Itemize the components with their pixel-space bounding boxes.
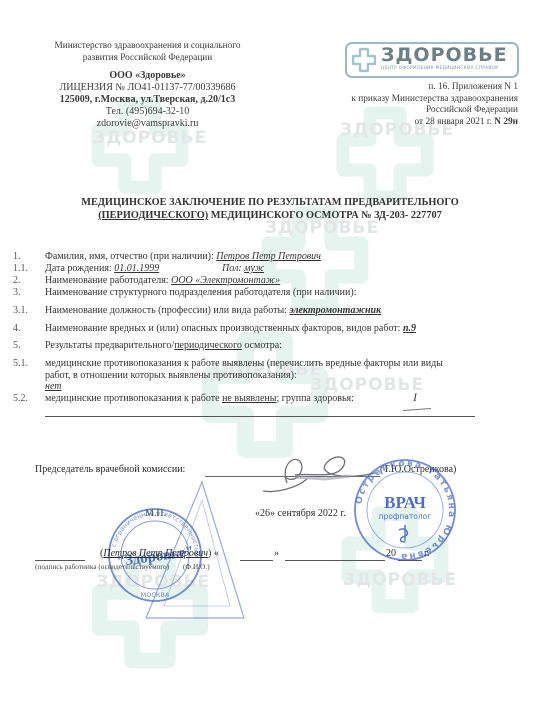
results-label-suffix: осмотра: (242, 340, 282, 351)
worker-signature-line (35, 560, 85, 561)
title-rest: МЕДИЦИНСКОГО ОСМОТРА № ЗД-203- 227707 (208, 210, 442, 221)
title-line2: (ПЕРИОДИЧЕСКОГО) МЕДИЦИНСКОГО ОСМОТРА № … (40, 209, 500, 222)
chairman-signature-line (205, 476, 380, 477)
item-label: Фамилия, имя, отчество (при наличии): Пе… (45, 251, 321, 263)
regulation-line1: п. 16. Приложения N 1 (288, 82, 518, 94)
item-label: Наименование должность (профессии) или в… (45, 305, 381, 317)
regulation-reference: п. 16. Приложения N 1 к приказу Министер… (288, 82, 518, 128)
watermark-text: ЗДОРОВЬЕ (96, 572, 210, 592)
logo-name: ЗДОРОВЬЕ (381, 44, 508, 66)
sex-value: муж (244, 263, 264, 274)
dob-label: Дата рождения: (45, 263, 114, 274)
title-underlined: (ПЕРИОДИЧЕСКОГО) (98, 210, 208, 221)
regulation-line2: к приказу Министерства здравоохранения (288, 94, 518, 106)
svg-text:ВРАЧ: ВРАЧ (384, 493, 426, 512)
issue-date: «26» сентября 2022 г. (255, 508, 346, 519)
position-value: электромонтажник (289, 305, 381, 316)
regulation-line3: Российской Федерации (288, 105, 518, 117)
year-prefix: 20 (386, 548, 396, 559)
item-number: 4. (13, 323, 21, 335)
contra-not-found-label: медицинские противопоказания к работе (45, 393, 222, 404)
brand-logo: ЗДОРОВЬЕ ЦЕНТР ОФОРМЛЕНИЯ МЕДИЦИНСКИХ СП… (345, 42, 519, 78)
worker-name: Петров Петр Петрович (103, 548, 208, 559)
year-suffix: г. (424, 548, 429, 559)
item-label: Наименование работодателя: ООО «Электром… (45, 275, 280, 287)
item-number: 2. (13, 275, 21, 287)
ministry-line2: развития Российской Федерации (40, 52, 255, 64)
medical-cross-icon (351, 47, 377, 73)
sex-field: Пол: муж (222, 263, 264, 275)
email: zdorovie@vamspravki.ru (40, 118, 255, 130)
seal-label: М.П. (145, 508, 166, 519)
item-number: 5. (13, 340, 21, 352)
document-title: МЕДИЦИНСКОЕ ЗАКЛЮЧЕНИЕ ПО РЕЗУЛЬТАТАМ ПР… (40, 196, 500, 222)
item-label: Наименование вредных и (или) опасных про… (45, 323, 416, 335)
regulation-line4: от 28 января 2021 г. N 29н (288, 117, 518, 129)
regulation-number: N 29н (494, 117, 518, 127)
employer-label: Наименование работодателя: (45, 275, 171, 286)
health-group-label: ; группа здоровья: (276, 393, 353, 404)
svg-text:профпатолог: профпатолог (379, 512, 432, 521)
phone: Тел. (495)694-32-10 (40, 106, 255, 118)
item-number: 5.1. (13, 358, 28, 370)
contra-found-line1: медицинские противопоказания к работе вы… (45, 358, 443, 370)
watermark: ЗДОРОВЬЕ (335, 520, 475, 630)
watermark-text: ЗДОРОВЬЕ (93, 128, 207, 148)
issuer-block: Министерство здравоохранения и социально… (40, 40, 255, 130)
item-label: медицинские противопоказания к работе не… (45, 393, 354, 405)
results-label: Результаты предварительного/ (45, 340, 174, 351)
chairman-name: (Т.Ю.Остренкова) (380, 464, 456, 475)
day-blank-close: » (274, 548, 279, 559)
day-blank (240, 560, 273, 561)
factors-label: Наименование вредных и (или) опасных про… (45, 323, 403, 334)
contra-not-found-selected: не выявлены (222, 393, 276, 404)
dob-value: 01.01.1999 (114, 263, 159, 274)
fio-value: Петров Петр Петрович (216, 251, 321, 262)
item-number: 3. (13, 287, 21, 299)
item-label: Результаты предварительного/периодическо… (45, 340, 282, 352)
health-group-underline (403, 408, 431, 411)
sex-label: Пол: (222, 263, 244, 274)
year-blank (398, 560, 422, 561)
paren-close: ) « (208, 548, 219, 559)
ministry-line1: Министерство здравоохранения и социально… (40, 40, 255, 52)
watermark-text: ЗДОРОВЬЕ (343, 570, 457, 590)
division-label: Наименование структурного подразделения … (45, 287, 357, 299)
item-number: 1. (13, 251, 21, 263)
watermark-text: ЗДОРОВЬЕ (310, 375, 424, 395)
org-name: ООО «Здоровье» (40, 70, 255, 82)
fio-label: Фамилия, имя, отчество (при наличии): (45, 251, 216, 262)
divider-line (45, 416, 475, 417)
item-number: 3.1. (13, 305, 28, 317)
logo-subtitle: ЦЕНТР ОФОРМЛЕНИЯ МЕДИЦИНСКИХ СПРАВОК (381, 66, 499, 71)
employer-value: ООО «Электромонтаж» (171, 275, 280, 286)
regulation-date: от 28 января 2021 г. (415, 117, 495, 127)
contra-found-value: нет (45, 381, 62, 393)
month-blank (285, 560, 385, 561)
svg-text:МОСКВА: МОСКВА (141, 591, 170, 599)
caption-fio: (Ф.И.О.) (183, 562, 210, 571)
factors-value: п.9 (403, 323, 416, 334)
item-label: Дата рождения: 01.01.1999 (45, 263, 159, 275)
chairman-label: Председатель врачебной комиссии: (35, 464, 185, 475)
item-number: 1.1. (13, 263, 28, 275)
worker-name-field: (Петров Петр Петрович) « (100, 548, 219, 559)
title-line1: МЕДИЦИНСКОЕ ЗАКЛЮЧЕНИЕ ПО РЕЗУЛЬТАТАМ ПР… (40, 196, 500, 209)
contra-found-line2: работ, в отношении которых выявлены прот… (45, 370, 297, 382)
signature-scribble (255, 445, 385, 495)
address: 125009, г.Москва, ул.Тверская, д.20/1с3 (40, 94, 255, 106)
item-number: 5.2. (13, 393, 28, 405)
position-label: Наименование должность (профессии) или в… (45, 305, 289, 316)
results-selected: периодического (174, 340, 242, 351)
watermark: ЗДОРОВЬЕ (90, 560, 230, 680)
caption-worker-signature: (подпись работника (освидетельствуемого) (35, 562, 169, 571)
license: ЛИЦЕНЗИЯ № ЛО41-01137-77/00339686 (40, 82, 255, 94)
health-group-value: I (413, 391, 417, 403)
